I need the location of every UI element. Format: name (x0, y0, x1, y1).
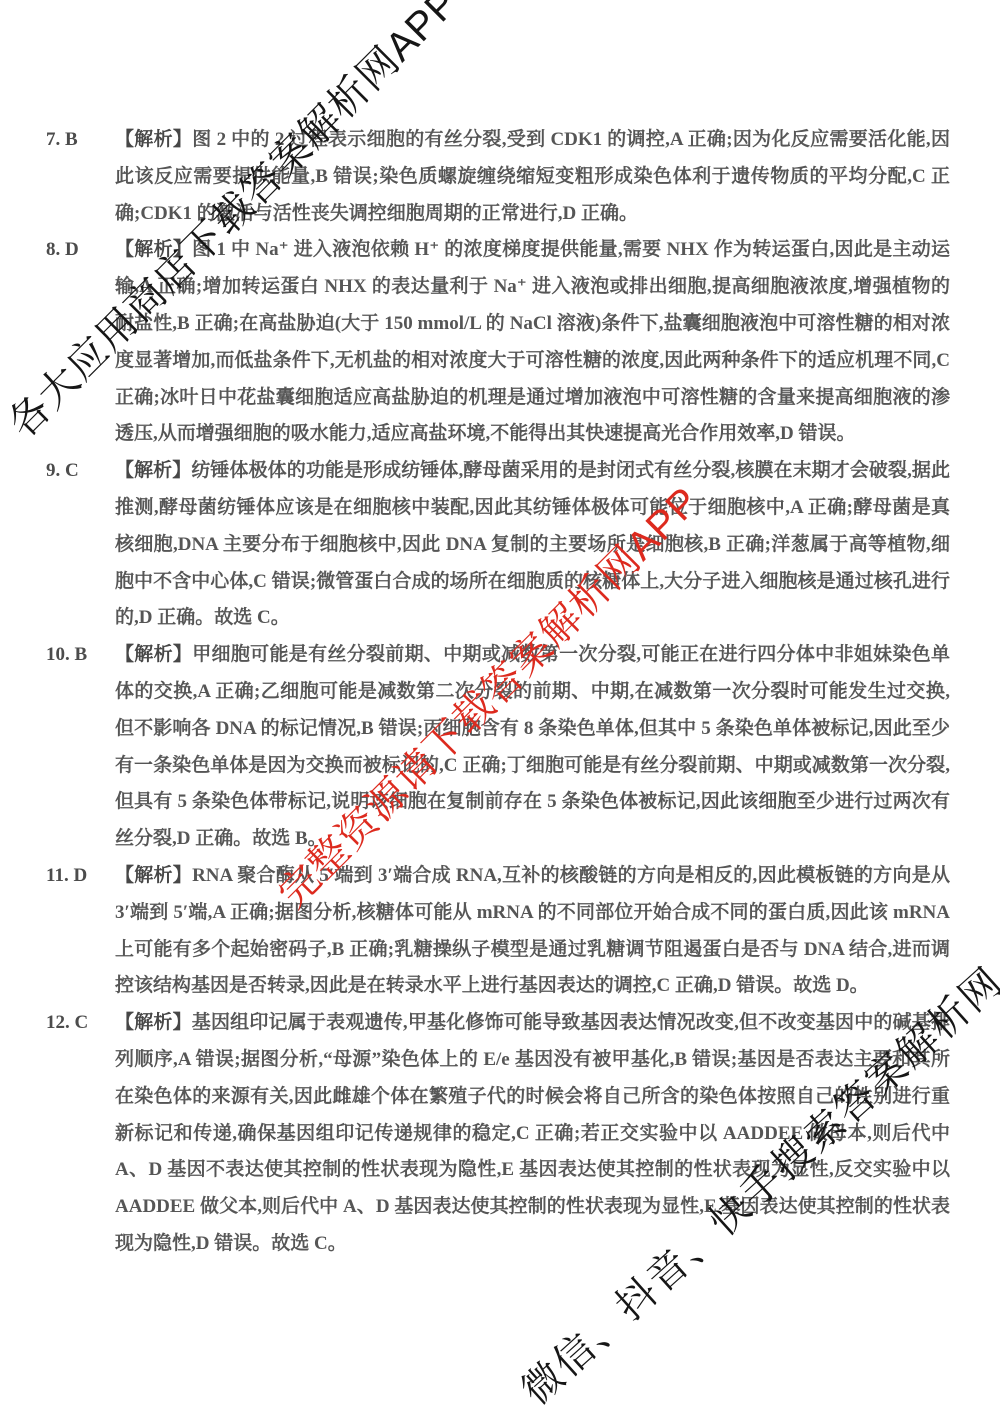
answer-item-11: 11. D 【解析】RNA 聚合酶从 5′端到 3′端合成 RNA,互补的核酸链… (46, 858, 950, 1005)
analysis-label: 【解析】 (115, 644, 192, 665)
question-number: 12. C (46, 1005, 115, 1042)
analysis-text: 纺锤体极体的功能是形成纺锤体,酵母菌采用的是封闭式有丝分裂,核膜在末期才会破裂,… (115, 460, 950, 628)
answer-item-7: 7. B 【解析】图 2 中的 2 过程表示细胞的有丝分裂,受到 CDK1 的调… (46, 122, 950, 232)
answer-explanation: 【解析】甲细胞可能是有丝分裂前期、中期或减数第一次分裂,可能正在进行四分体中非姐… (115, 637, 950, 858)
analysis-label: 【解析】 (115, 460, 191, 481)
analysis-text: 图 2 中的 2 过程表示细胞的有丝分裂,受到 CDK1 的调控,A 正确;因为… (115, 129, 950, 224)
answer-list: 7. B 【解析】图 2 中的 2 过程表示细胞的有丝分裂,受到 CDK1 的调… (46, 122, 950, 1263)
answer-explanation: 【解析】基因组印记属于表观遗传,甲基化修饰可能导致基因表达情况改变,但不改变基因… (115, 1005, 950, 1263)
answer-explanation: 【解析】图 2 中的 2 过程表示细胞的有丝分裂,受到 CDK1 的调控,A 正… (115, 122, 950, 232)
answer-item-12: 12. C 【解析】基因组印记属于表观遗传,甲基化修饰可能导致基因表达情况改变,… (46, 1005, 950, 1263)
answer-explanation: 【解析】图 1 中 Na⁺ 进入液泡依赖 H⁺ 的浓度梯度提供能量,需要 NHX… (115, 232, 950, 453)
analysis-label: 【解析】 (115, 865, 192, 886)
question-number: 9. C (46, 453, 115, 490)
question-number: 11. D (46, 858, 115, 895)
answer-key-page: 7. B 【解析】图 2 中的 2 过程表示细胞的有丝分裂,受到 CDK1 的调… (0, 0, 1000, 1415)
answer-item-10: 10. B 【解析】甲细胞可能是有丝分裂前期、中期或减数第一次分裂,可能正在进行… (46, 637, 950, 858)
analysis-label: 【解析】 (115, 239, 192, 260)
answer-explanation: 【解析】纺锤体极体的功能是形成纺锤体,酵母菌采用的是封闭式有丝分裂,核膜在末期才… (115, 453, 950, 637)
answer-explanation: 【解析】RNA 聚合酶从 5′端到 3′端合成 RNA,互补的核酸链的方向是相反… (115, 858, 950, 1005)
analysis-text: 图 1 中 Na⁺ 进入液泡依赖 H⁺ 的浓度梯度提供能量,需要 NHX 作为转… (115, 239, 950, 444)
answer-item-9: 9. C 【解析】纺锤体极体的功能是形成纺锤体,酵母菌采用的是封闭式有丝分裂,核… (46, 453, 950, 637)
analysis-text: 基因组印记属于表观遗传,甲基化修饰可能导致基因表达情况改变,但不改变基因中的碱基… (115, 1012, 950, 1254)
analysis-text: RNA 聚合酶从 5′端到 3′端合成 RNA,互补的核酸链的方向是相反的,因此… (115, 865, 950, 996)
analysis-label: 【解析】 (115, 1012, 192, 1033)
question-number: 7. B (46, 122, 115, 159)
analysis-text: 甲细胞可能是有丝分裂前期、中期或减数第一次分裂,可能正在进行四分体中非姐妹染色单… (115, 644, 950, 849)
answer-item-8: 8. D 【解析】图 1 中 Na⁺ 进入液泡依赖 H⁺ 的浓度梯度提供能量,需… (46, 232, 950, 453)
question-number: 10. B (46, 637, 115, 674)
analysis-label: 【解析】 (115, 129, 192, 150)
question-number: 8. D (46, 232, 115, 269)
